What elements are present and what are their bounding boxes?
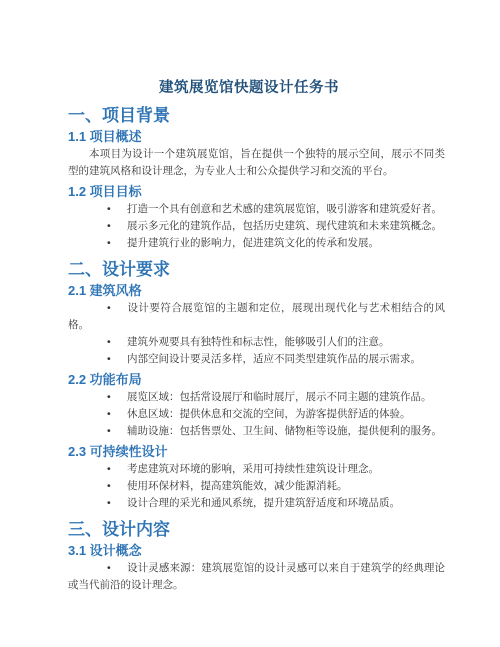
bullet-list-functional-layout: •展览区域：包括常设展厅和临时展厅，展示不同主题的建筑作品。 •休息区域：提供休… <box>68 389 445 440</box>
bullet-text: 建筑外观要具有独特性和标志性，能够吸引人们的注意。 <box>127 336 390 348</box>
bullet-text: 考虑建筑对环境的影响，采用可持续性建筑设计理念。 <box>127 463 379 475</box>
bullet-text: 辅助设施：包括售票处、卫生间、储物柜等设施，提供便利的服务。 <box>127 425 442 437</box>
document-title: 建筑展览馆快题设计任务书 <box>53 78 445 98</box>
bullet-icon: • <box>107 334 127 351</box>
bullet-text: 使用环保材料，提高建筑能效，减少能源消耗。 <box>127 480 348 492</box>
bullet-text: 展览区域：包括常设展厅和临时展厅，展示不同主题的建筑作品。 <box>127 391 432 403</box>
subsection-heading-functional-layout: 2.2 功能布局 <box>68 373 445 387</box>
bullet-icon: • <box>107 300 127 317</box>
subsection-heading-architectural-style: 2.1 建筑风格 <box>68 284 445 298</box>
bullet-list-architectural-style: •设计要符合展览馆的主题和定位，展现出现代化与艺术相结合的风格。 •建筑外观要具… <box>68 300 445 368</box>
subsection-heading-sustainable-design: 2.3 可持续性设计 <box>68 445 445 459</box>
subsection-heading-design-concept: 3.1 设计概念 <box>68 544 445 558</box>
bullet-text: 打造一个具有创意和艺术感的建筑展览馆，吸引游客和建筑爱好者。 <box>127 203 442 215</box>
bullet-item: •提升建筑行业的影响力，促进建筑文化的传承和发展。 <box>68 235 445 252</box>
bullet-item: •展览区域：包括常设展厅和临时展厅，展示不同主题的建筑作品。 <box>68 389 445 406</box>
section-heading-project-background: 一、项目背景 <box>68 106 445 125</box>
bullet-item: •设计灵感来源：建筑展览馆的设计灵感可以来自于建筑学的经典理论或当代前沿的设计理… <box>68 560 445 594</box>
section-heading-design-content: 三、设计内容 <box>68 520 445 539</box>
subsection-heading-project-goals: 1.2 项目目标 <box>68 185 445 199</box>
bullet-item: •考虑建筑对环境的影响，采用可持续性建筑设计理念。 <box>68 461 445 478</box>
bullet-item: •建筑外观要具有独特性和标志性，能够吸引人们的注意。 <box>68 334 445 351</box>
bullet-list-sustainable-design: •考虑建筑对环境的影响，采用可持续性建筑设计理念。 •使用环保材料，提高建筑能效… <box>68 461 445 512</box>
bullet-icon: • <box>107 495 127 512</box>
bullet-text: 内部空间设计要灵活多样，适应不同类型建筑作品的展示需求。 <box>127 353 421 365</box>
bullet-item: •内部空间设计要灵活多样，适应不同类型建筑作品的展示需求。 <box>68 351 445 368</box>
bullet-icon: • <box>107 461 127 478</box>
bullet-list-design-concept: •设计灵感来源：建筑展览馆的设计灵感可以来自于建筑学的经典理论或当代前沿的设计理… <box>68 560 445 594</box>
bullet-text: 设计合理的采光和通风系统，提升建筑舒适度和环境品质。 <box>127 497 400 509</box>
bullet-text: 休息区域：提供休息和交流的空间，为游客提供舒适的体验。 <box>127 408 411 420</box>
bullet-item: •设计要符合展览馆的主题和定位，展现出现代化与艺术相结合的风格。 <box>68 300 445 334</box>
section-heading-design-requirements: 二、设计要求 <box>68 260 445 279</box>
bullet-icon: • <box>107 201 127 218</box>
bullet-item: •展示多元化的建筑作品，包括历史建筑、现代建筑和未来建筑概念。 <box>68 218 445 235</box>
bullet-icon: • <box>107 235 127 252</box>
bullet-icon: • <box>107 406 127 423</box>
bullet-text: 展示多元化的建筑作品，包括历史建筑、现代建筑和未来建筑概念。 <box>127 220 442 232</box>
bullet-icon: • <box>107 478 127 495</box>
bullet-icon: • <box>107 389 127 406</box>
bullet-list-project-goals: •打造一个具有创意和艺术感的建筑展览馆，吸引游客和建筑爱好者。 •展示多元化的建… <box>68 201 445 252</box>
bullet-icon: • <box>107 560 127 577</box>
bullet-text: 提升建筑行业的影响力，促进建筑文化的传承和发展。 <box>127 237 379 249</box>
bullet-item: •休息区域：提供休息和交流的空间，为游客提供舒适的体验。 <box>68 406 445 423</box>
bullet-item: •使用环保材料，提高建筑能效，减少能源消耗。 <box>68 478 445 495</box>
bullet-item: •打造一个具有创意和艺术感的建筑展览馆，吸引游客和建筑爱好者。 <box>68 201 445 218</box>
bullet-icon: • <box>107 218 127 235</box>
bullet-icon: • <box>107 423 127 440</box>
bullet-item: •设计合理的采光和通风系统，提升建筑舒适度和环境品质。 <box>68 495 445 512</box>
paragraph-project-overview: 本项目为设计一个建筑展览馆，旨在提供一个独特的展示空间，展示不同类型的建筑风格和… <box>68 146 445 180</box>
bullet-icon: • <box>107 351 127 368</box>
subsection-heading-project-overview: 1.1 项目概述 <box>68 130 445 144</box>
bullet-item: •辅助设施：包括售票处、卫生间、储物柜等设施，提供便利的服务。 <box>68 423 445 440</box>
document-page: 建筑展览馆快题设计任务书 一、项目背景 1.1 项目概述 本项目为设计一个建筑展… <box>0 0 500 647</box>
